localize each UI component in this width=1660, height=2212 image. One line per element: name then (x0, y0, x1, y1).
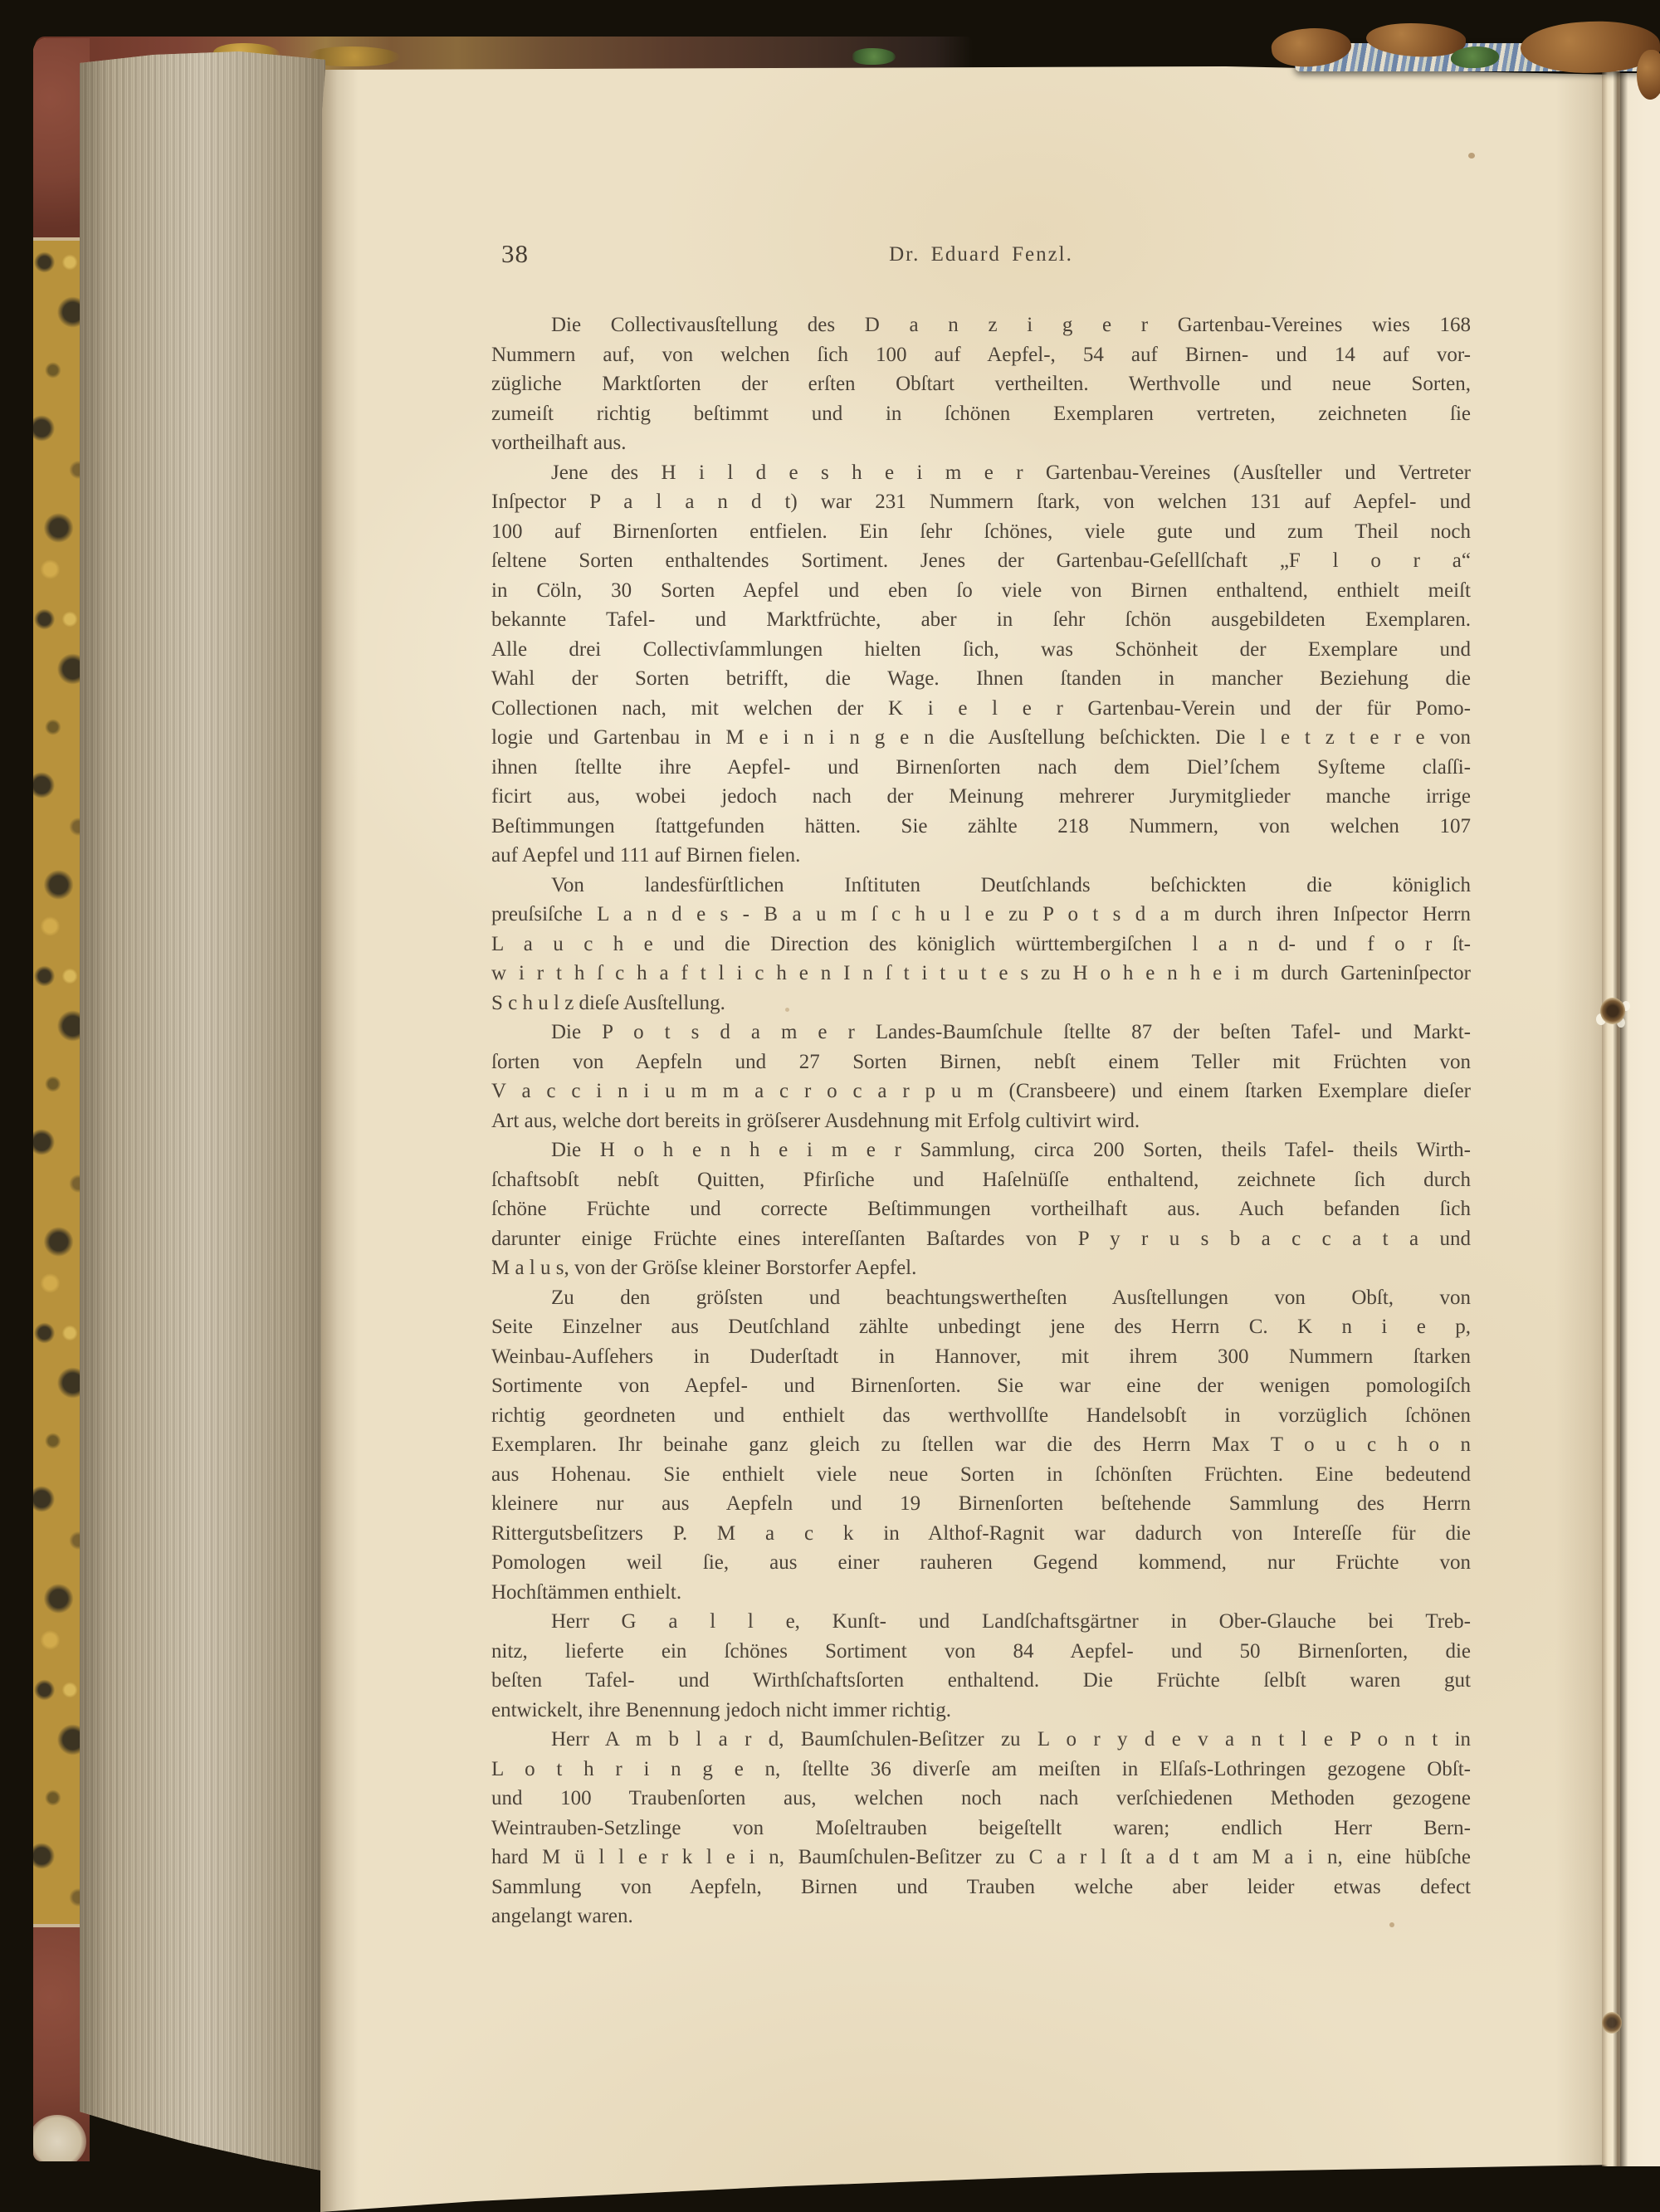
text-line: Herr G a l l e, Kunſt- und Landſchaftsgä… (491, 1607, 1471, 1637)
text-line: Sortimente von Aepfel- und Birnenſorten.… (491, 1371, 1471, 1401)
text-line: zumeiſt richtig beſtimmt und in ſchönen … (491, 399, 1471, 429)
text-line: Art aus, welche dort bereits in gröſsere… (491, 1106, 1471, 1136)
text-line: Inſpector P a l a n d t) war 231 Nummern… (491, 487, 1471, 517)
fox-spot (785, 1008, 789, 1012)
text-line: Die P o t s d a m e r Landes-Baumſchule … (491, 1018, 1471, 1047)
text-line: Zu den gröſsten und beachtungswertheſten… (491, 1283, 1471, 1313)
text-line: Exemplaren. Ihr beinahe ganz gleich zu ſ… (491, 1430, 1471, 1460)
text-line: Weintrauben-Setzlinge von Moſeltrauben b… (491, 1814, 1471, 1843)
body-text: Die Collectivausſtellung des D a n z i g… (491, 310, 1471, 1931)
text-line: ſeltene Sorten enthaltendes Sortiment. J… (491, 546, 1471, 576)
text-line: Beſtimmungen ſtattgefunden hätten. Sie z… (491, 812, 1471, 842)
text-line: Alle drei Collectivſammlungen hielten ſi… (491, 635, 1471, 665)
text-line: 100 auf Birnenſorten entfielen. Ein ſehr… (491, 517, 1471, 547)
fabric-fragment (1451, 46, 1499, 68)
text-line: zügliche Marktſorten der erſten Obſtart … (491, 369, 1471, 399)
text-line: darunter einige Früchte eines intereſſan… (491, 1224, 1471, 1254)
page-number: 38 (501, 239, 529, 269)
worn-leather-fragment (1637, 50, 1660, 100)
running-header: Dr. Eduard Fenzl. (491, 239, 1471, 266)
text-line: Jene des H i l d e s h e i m e r Gartenb… (491, 458, 1471, 488)
text-line: Die H o h e n h e i m e r Sammlung, circ… (491, 1135, 1471, 1165)
text-line: Sammlung von Aepfeln, Birnen und Trauben… (491, 1873, 1471, 1902)
photo-background: 38 Dr. Eduard Fenzl. Die Collectivausſte… (0, 0, 1660, 2212)
text-line: beſten Tafel- und Wirthſchaftsſorten ent… (491, 1666, 1471, 1696)
text-line: Hochſtämmen enthielt. (491, 1578, 1471, 1608)
text-line: logie und Gartenbau in M e i n i n g e n… (491, 723, 1471, 753)
next-page-edge (1617, 73, 1660, 2166)
marble-fleck-green (852, 48, 896, 65)
text-line: nitz, lieferte ein ſchönes Sortiment von… (491, 1637, 1471, 1667)
text-line: Herr A m b l a r d, Baumſchulen-Beſitzer… (491, 1725, 1471, 1755)
text-line: kleinere nur aus Aepfeln und 19 Birnenſo… (491, 1489, 1471, 1519)
sewing-hole (1602, 2012, 1622, 2034)
text-line: angelangt waren. (491, 1902, 1471, 1931)
text-line: w i r t h ſ c h a f t l i c h e n I n ſ … (491, 959, 1471, 989)
text-line: L a u c h e und die Direction des königl… (491, 930, 1471, 960)
text-line: ficirt aus, wobei jedoch nach der Meinun… (491, 782, 1471, 812)
page-header: 38 Dr. Eduard Fenzl. (491, 239, 1471, 277)
fox-spot (1468, 153, 1475, 159)
text-line: auf Aepfel und 111 auf Birnen fielen. (491, 841, 1471, 871)
text-line: Seite Einzelner aus Deutſchland zählte u… (491, 1312, 1471, 1342)
page-stack-fore-edge (80, 51, 325, 2173)
text-line: Wahl der Sorten betrifft, die Wage. Ihne… (491, 664, 1471, 694)
sewing-hole (1600, 998, 1625, 1024)
text-line: und 100 Traubenſorten aus, welchen noch … (491, 1784, 1471, 1814)
text-line: Rittergutsbeſitzers P. M a c k in Althof… (491, 1519, 1471, 1549)
text-line: Weinbau-Aufſehers in Duderſtadt in Hanno… (491, 1342, 1471, 1372)
book-page: 38 Dr. Eduard Fenzl. Die Collectivausſte… (320, 61, 1614, 2212)
text-line: hard M ü l l e r k l e i n, Baumſchulen-… (491, 1843, 1471, 1873)
text-line: vortheilhaft aus. (491, 428, 1471, 458)
text-line: ihnen ſtellte ihre Aepfel- und Birnenſor… (491, 753, 1471, 783)
text-line: Pomologen weil ſie, aus einer rauheren G… (491, 1548, 1471, 1578)
text-line: ſorten von Aepfeln und 27 Sorten Birnen,… (491, 1047, 1471, 1077)
text-line: Nummern auf, von welchen ſich 100 auf Ae… (491, 340, 1471, 370)
text-line: entwickelt, ihre Benennung jedoch nicht … (491, 1696, 1471, 1726)
text-line: ſchöne Früchte und correcte Beſtimmungen… (491, 1194, 1471, 1224)
text-line: aus Hohenau. Sie enthielt viele neue Sor… (491, 1460, 1471, 1490)
text-line: Die Collectivausſtellung des D a n z i g… (491, 310, 1471, 340)
text-line: in Cöln, 30 Sorten Aepfel und eben ſo vi… (491, 576, 1471, 606)
text-line: Von landesfürſtlichen Inſtituten Deutſch… (491, 871, 1471, 901)
text-line: L o t h r i n g e n, ſtellte 36 diverſe … (491, 1755, 1471, 1785)
text-line: M a l u s, von der Gröſse kleiner Borsto… (491, 1253, 1471, 1283)
text-line: preuſsiſche L a n d e s - B a u m ſ c h … (491, 900, 1471, 930)
fox-spot (1389, 1922, 1394, 1927)
text-line: richtig geordneten und enthielt das wert… (491, 1401, 1471, 1431)
text-line: bekannte Tafel- und Marktfrüchte, aber i… (491, 605, 1471, 635)
text-line: Collectionen nach, mit welchen der K i e… (491, 694, 1471, 724)
worn-corner-patch (33, 2115, 86, 2161)
text-line: V a c c i n i u m m a c r o c a r p u m … (491, 1077, 1471, 1106)
text-line: ſchaftsobſt nebſt Quitten, Pfirſiche und… (491, 1165, 1471, 1195)
text-line: S c h u l z dieſe Ausſtellung. (491, 989, 1471, 1018)
